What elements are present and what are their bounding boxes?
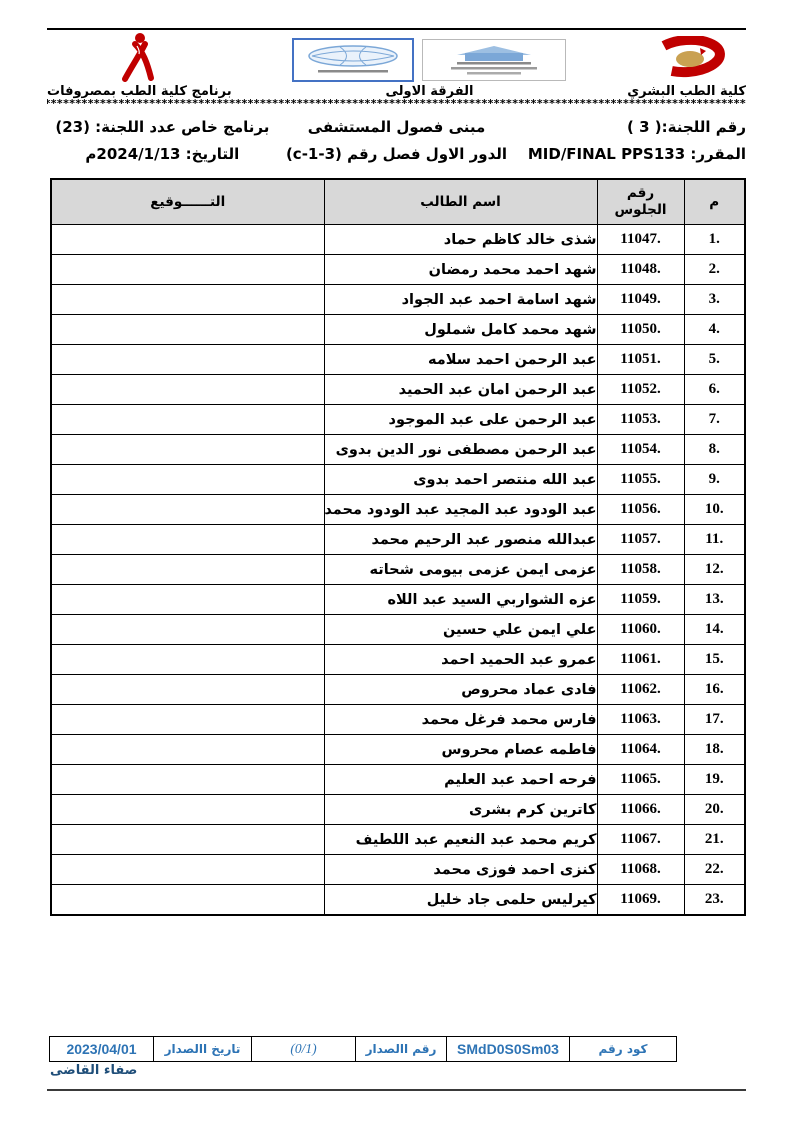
student-seat-number: 11069. <box>597 885 684 916</box>
center-logos-block: الفرقة الاولى <box>292 38 566 99</box>
exam-info: رقم اللجنة:( 3 ) المقرر: MID/FINAL PPS13… <box>47 114 746 168</box>
signature-cell <box>51 435 324 465</box>
student-serial: 20. <box>684 795 745 825</box>
signature-cell <box>51 225 324 255</box>
student-seat-number: 11060. <box>597 615 684 645</box>
student-name: كنزى احمد فوزى محمد <box>324 855 597 885</box>
student-serial: 17. <box>684 705 745 735</box>
faculty-logo-block: كلية الطب البشري <box>627 36 746 99</box>
globe-logo-icon <box>292 38 414 82</box>
student-name: كريم محمد عبد النعيم عبد اللطيف <box>324 825 597 855</box>
student-name: كاترين كرم بشرى <box>324 795 597 825</box>
student-serial: 3. <box>684 285 745 315</box>
student-name: عزمى ايمن عزمى بيومى شحاته <box>324 555 597 585</box>
info-center-column: مبنى فصول المستشفى الدور الاول فصل رقم (… <box>278 114 516 168</box>
student-row: 8. 11054. عبد الرحمن مصطفى نور الدين بدو… <box>51 435 745 465</box>
col-header-seat: رقم الجلوس <box>597 179 684 225</box>
student-seat-number: 11064. <box>597 735 684 765</box>
student-row: 12. 11058. عزمى ايمن عزمى بيومى شحاته <box>51 555 745 585</box>
student-name: شهد احمد محمد رمضان <box>324 255 597 285</box>
student-seat-number: 11059. <box>597 585 684 615</box>
student-seat-number: 11063. <box>597 705 684 735</box>
signature-cell <box>51 885 324 916</box>
room-label: الدور الاول فصل رقم <box>347 145 507 163</box>
center-logos <box>292 38 566 82</box>
bottom-divider <box>47 1089 746 1091</box>
student-seat-number: 11057. <box>597 525 684 555</box>
signature-cell <box>51 345 324 375</box>
student-row: 10. 11056. عبد الودود عبد المجيد عبد الو… <box>51 495 745 525</box>
student-name: شهد اسامة احمد عبد الجواد <box>324 285 597 315</box>
student-serial: 23. <box>684 885 745 916</box>
course-label: المقرر: <box>690 145 746 163</box>
student-seat-number: 11055. <box>597 465 684 495</box>
student-name: عمرو عبد الحميد احمد <box>324 645 597 675</box>
document-control-strip: كود رقمSMdD0S0Sm03رقم االصدار(0/1)تاريخ … <box>49 1036 677 1062</box>
signature-cell <box>51 705 324 735</box>
student-row: 23. 11069. كيرليس حلمى جاد خليل <box>51 885 745 916</box>
signature-cell <box>51 315 324 345</box>
student-seat-number: 11050. <box>597 315 684 345</box>
control-label-cell: رقم االصدار <box>356 1037 447 1062</box>
asterisk-separator: ****************************************… <box>47 97 746 111</box>
col-header-serial: م <box>684 179 745 225</box>
student-seat-number: 11053. <box>597 405 684 435</box>
students-tbody: 1. 11047. شذى خالد كاظم حماد 2. 11048. ش… <box>51 225 745 916</box>
student-name: شهد محمد كامل شملول <box>324 315 597 345</box>
student-row: 13. 11059. عزه الشواربي السيد عبد اللاه <box>51 585 745 615</box>
student-name: عبد الرحمن امان عبد الحميد <box>324 375 597 405</box>
student-row: 19. 11065. فرحه احمد عبد العليم <box>51 765 745 795</box>
student-seat-number: 11051. <box>597 345 684 375</box>
signature-cell <box>51 795 324 825</box>
course-line: المقرر: MID/FINAL PPS133 <box>515 141 746 168</box>
signature-cell <box>51 555 324 585</box>
student-serial: 7. <box>684 405 745 435</box>
signature-cell <box>51 405 324 435</box>
control-value-cell: (0/1) <box>252 1037 356 1062</box>
student-seat-number: 11049. <box>597 285 684 315</box>
control-label-cell: كود رقم <box>570 1037 677 1062</box>
program-logo-block: برنامج كلية الطب بمصروفات <box>47 32 232 99</box>
student-seat-number: 11048. <box>597 255 684 285</box>
student-serial: 13. <box>684 585 745 615</box>
student-serial: 10. <box>684 495 745 525</box>
student-seat-number: 11062. <box>597 675 684 705</box>
student-seat-number: 11047. <box>597 225 684 255</box>
signature-cell <box>51 255 324 285</box>
signature-cell <box>51 525 324 555</box>
student-serial: 2. <box>684 255 745 285</box>
col-header-name: اسم الطالب <box>324 179 597 225</box>
student-serial: 5. <box>684 345 745 375</box>
exam-date: التاريخ: 2024/1/13م <box>47 141 278 168</box>
signature-cell <box>51 615 324 645</box>
student-seat-number: 11067. <box>597 825 684 855</box>
student-name: عبد الرحمن مصطفى نور الدين بدوى <box>324 435 597 465</box>
student-name: عبدالله منصور عبد الرحيم محمد <box>324 525 597 555</box>
signature-cell <box>51 825 324 855</box>
info-left-column: برنامج خاص عدد اللجنة: (23) التاريخ: 202… <box>47 114 278 168</box>
signature-cell <box>51 855 324 885</box>
program-committee-count: برنامج خاص عدد اللجنة: (23) <box>47 114 278 141</box>
controller-name: صفاء القاضى <box>50 1063 137 1078</box>
student-row: 7. 11053. عبد الرحمن على عبد الموجود <box>51 405 745 435</box>
student-serial: 18. <box>684 735 745 765</box>
control-value-cell: SMdD0S0Sm03 <box>447 1037 570 1062</box>
student-row: 2. 11048. شهد احمد محمد رمضان <box>51 255 745 285</box>
control-value-cell: 2023/04/01 <box>50 1037 154 1062</box>
student-row: 22. 11068. كنزى احمد فوزى محمد <box>51 855 745 885</box>
document-control-row: كود رقمSMdD0S0Sm03رقم االصدار(0/1)تاريخ … <box>50 1037 677 1062</box>
student-name: فارس محمد فرغل محمد <box>324 705 597 735</box>
student-seat-number: 11068. <box>597 855 684 885</box>
student-serial: 15. <box>684 645 745 675</box>
col-header-signature: التــــــوقيع <box>51 179 324 225</box>
student-row: 21. 11067. كريم محمد عبد النعيم عبد اللط… <box>51 825 745 855</box>
signature-cell <box>51 495 324 525</box>
faculty-crescent-logo-icon <box>638 36 736 82</box>
student-row: 5. 11051. عبد الرحمن احمد سلامه <box>51 345 745 375</box>
student-serial: 14. <box>684 615 745 645</box>
student-name: عبد الله منتصر احمد بدوى <box>324 465 597 495</box>
student-row: 18. 11064. فاطمه عصام محروس <box>51 735 745 765</box>
student-serial: 6. <box>684 375 745 405</box>
signature-cell <box>51 765 324 795</box>
student-name: عبد الرحمن على عبد الموجود <box>324 405 597 435</box>
student-serial: 8. <box>684 435 745 465</box>
student-row: 6. 11052. عبد الرحمن امان عبد الحميد <box>51 375 745 405</box>
student-row: 1. 11047. شذى خالد كاظم حماد <box>51 225 745 255</box>
signature-cell <box>51 465 324 495</box>
student-serial: 9. <box>684 465 745 495</box>
student-row: 15. 11061. عمرو عبد الحميد احمد <box>51 645 745 675</box>
student-name: علي ايمن علي حسين <box>324 615 597 645</box>
student-serial: 1. <box>684 225 745 255</box>
student-name: عبد الرحمن احمد سلامه <box>324 345 597 375</box>
student-seat-number: 11052. <box>597 375 684 405</box>
signature-cell <box>51 285 324 315</box>
student-seat-number: 11061. <box>597 645 684 675</box>
exam-attendance-sheet: كلية الطب البشري <box>0 0 793 1122</box>
committee-number: رقم اللجنة:( 3 ) <box>515 114 746 141</box>
signature-cell <box>51 645 324 675</box>
course-code: MID/FINAL PPS133 <box>528 145 685 163</box>
student-row: 4. 11050. شهد محمد كامل شملول <box>51 315 745 345</box>
info-right-column: رقم اللجنة:( 3 ) المقرر: MID/FINAL PPS13… <box>515 114 746 168</box>
student-name: عزه الشواربي السيد عبد اللاه <box>324 585 597 615</box>
student-name: فادى عماد محروص <box>324 675 597 705</box>
student-seat-number: 11066. <box>597 795 684 825</box>
student-name: شذى خالد كاظم حماد <box>324 225 597 255</box>
student-row: 11. 11057. عبدالله منصور عبد الرحيم محمد <box>51 525 745 555</box>
student-row: 9. 11055. عبد الله منتصر احمد بدوى <box>51 465 745 495</box>
student-row: 17. 11063. فارس محمد فرغل محمد <box>51 705 745 735</box>
student-serial: 12. <box>684 555 745 585</box>
student-name: عبد الودود عبد المجيد عبد الودود محمد <box>324 495 597 525</box>
student-seat-number: 11056. <box>597 495 684 525</box>
student-seat-number: 11065. <box>597 765 684 795</box>
student-name: فرحه احمد عبد العليم <box>324 765 597 795</box>
student-seat-number: 11058. <box>597 555 684 585</box>
building-name: مبنى فصول المستشفى <box>278 114 516 141</box>
student-serial: 21. <box>684 825 745 855</box>
ribbon-logo-icon <box>115 32 163 82</box>
student-serial: 19. <box>684 765 745 795</box>
student-seat-number: 11054. <box>597 435 684 465</box>
student-name: فاطمه عصام محروس <box>324 735 597 765</box>
control-label-cell: تاريخ االصدار <box>154 1037 252 1062</box>
student-serial: 4. <box>684 315 745 345</box>
accreditation-logo-icon <box>422 39 566 81</box>
top-divider <box>47 28 746 30</box>
room-line: الدور الاول فصل رقم (c-1-3) <box>278 141 516 168</box>
students-table-header: م رقم الجلوس اسم الطالب التــــــوقيع <box>51 179 745 225</box>
signature-cell <box>51 585 324 615</box>
signature-cell <box>51 675 324 705</box>
student-serial: 11. <box>684 525 745 555</box>
students-table: م رقم الجلوس اسم الطالب التــــــوقيع 1.… <box>50 178 746 916</box>
student-row: 14. 11060. علي ايمن علي حسين <box>51 615 745 645</box>
student-serial: 22. <box>684 855 745 885</box>
signature-cell <box>51 375 324 405</box>
page-header: كلية الطب البشري <box>47 33 746 99</box>
room-code: (c-1-3) <box>286 145 342 163</box>
student-name: كيرليس حلمى جاد خليل <box>324 885 597 916</box>
student-serial: 16. <box>684 675 745 705</box>
signature-cell <box>51 735 324 765</box>
student-row: 20. 11066. كاترين كرم بشرى <box>51 795 745 825</box>
student-row: 16. 11062. فادى عماد محروص <box>51 675 745 705</box>
student-row: 3. 11049. شهد اسامة احمد عبد الجواد <box>51 285 745 315</box>
